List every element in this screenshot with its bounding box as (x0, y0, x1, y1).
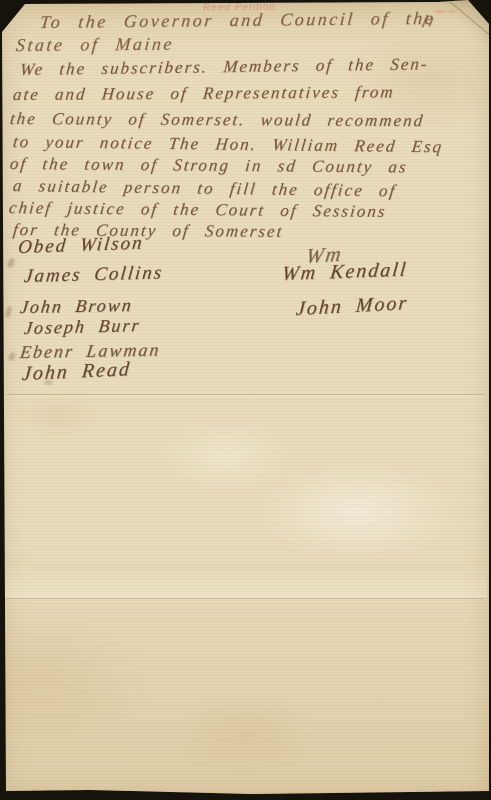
document-paper: Reed Petition To the Governor and Counci… (0, 0, 491, 800)
body-line: We the subscribers. Members of the Sen- (19, 54, 429, 80)
signature: John Moor (295, 292, 409, 321)
signature: John Read (21, 358, 132, 386)
fold-light-band (4, 568, 487, 598)
ink-smudge (6, 257, 16, 269)
signature: James Collins (23, 262, 165, 288)
ink-smudge (5, 306, 13, 319)
signature: Wm Kendall (281, 259, 409, 286)
ink-smudge (7, 351, 17, 362)
body-line: the County of Somerset. would recommend (9, 109, 425, 131)
ink-smudge (44, 380, 53, 385)
body-line: of the town of Strong in sd County as (9, 154, 409, 177)
heading-line-2: State of Maine (15, 34, 175, 55)
fold-crease-lower (6, 598, 485, 599)
fold-crease-upper (6, 394, 485, 395)
body-line: chief justice of the Court of Sessions (8, 198, 388, 222)
body-line: to your notice The Hon. William Reed Esq (12, 132, 444, 157)
corner-fold-shadow (440, 0, 491, 48)
body-line: a suitable person to fill the office of (12, 176, 398, 201)
body-line: ate and House of Representatives from (12, 82, 396, 105)
signature: Obed Wilson (17, 233, 145, 259)
photo-background: Reed Petition To the Governor and Counci… (0, 0, 491, 800)
signature: Joseph Burr (23, 315, 142, 339)
heading-line-1: To the Governor and Council of the (39, 8, 436, 32)
